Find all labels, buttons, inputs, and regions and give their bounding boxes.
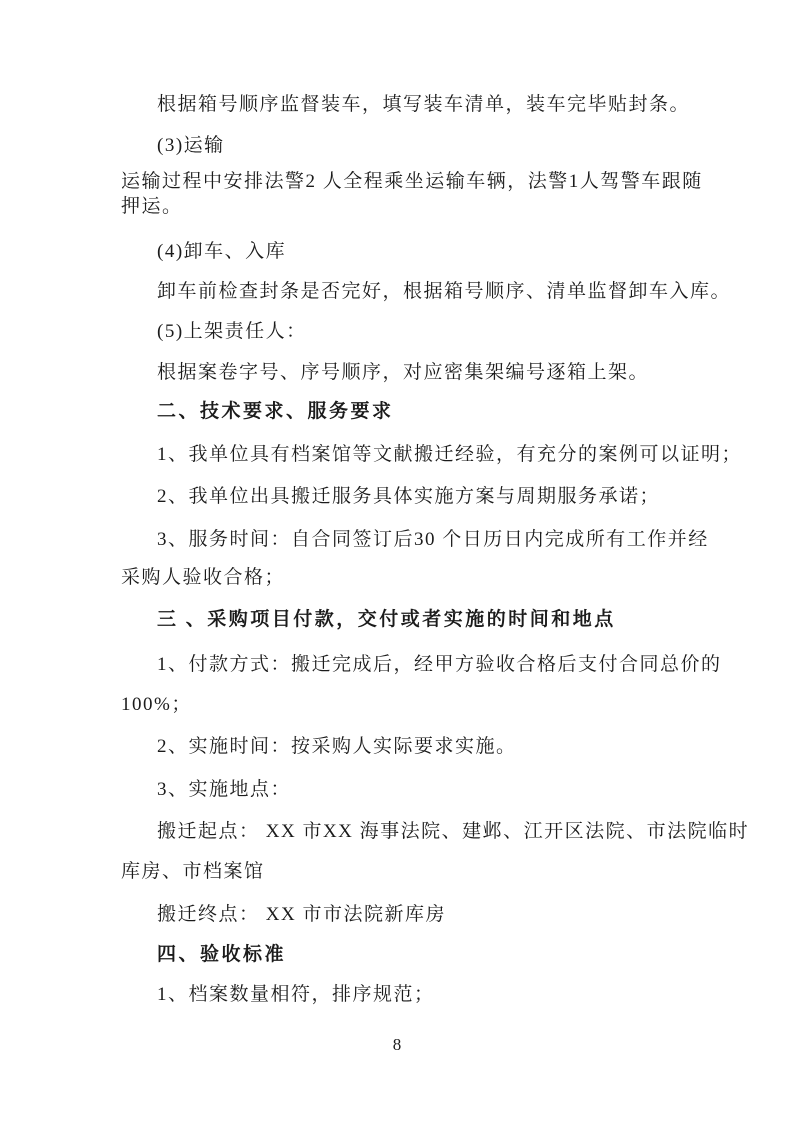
section-heading-3: 三 、采购项目付款，交付或者实施的时间和地点 (121, 610, 687, 630)
document-page: 根据箱号顺序监督装车，填写装车清单，装车完毕贴封条。 (3)运输 运输过程中安排… (0, 0, 794, 1122)
paragraph-transport-line1: 运输过程中安排法警2 人全程乘坐运输车辆，法警1人驾警车跟随 (121, 172, 687, 192)
paragraph-unload-note: 卸车前检查封条是否完好，根据箱号顺序、清单监督卸车入库。 (121, 282, 687, 302)
item-acceptance-criterion-1: 1、档案数量相符，排序规范； (121, 985, 687, 1005)
item-service-time-line1: 3、服务时间：自合同签订后30 个日历日内完成所有工作并经 (121, 530, 687, 550)
paragraph-loading-note: 根据箱号顺序监督装车，填写装车清单，装车完毕贴封条。 (121, 95, 687, 115)
section-heading-2: 二、技术要求、服务要求 (121, 402, 687, 422)
document-body: 根据箱号顺序监督装车，填写装车清单，装车完毕贴封条。 (3)运输 运输过程中安排… (121, 0, 687, 1005)
paragraph-transport-line2: 押运。 (121, 197, 687, 217)
section-heading-4: 四、验收标准 (121, 945, 687, 965)
subheading-unload-storage: (4)卸车、入库 (121, 242, 687, 262)
subheading-transport: (3)运输 (121, 136, 687, 156)
paragraph-move-origin-line1: 搬迁起点： XX 市XX 海事法院、建邺、江开区法院、市法院临时 (121, 822, 687, 842)
paragraph-move-origin-line2: 库房、市档案馆 (121, 862, 687, 882)
item-tech-requirement-2: 2、我单位出具搬迁服务具体实施方案与周期服务承诺； (121, 487, 687, 507)
item-implementation-place: 3、实施地点： (121, 780, 687, 800)
paragraph-shelving-note: 根据案卷字号、序号顺序，对应密集架编号逐箱上架。 (121, 363, 687, 383)
page-number: 8 (0, 1036, 794, 1054)
paragraph-move-destination: 搬迁终点： XX 市市法院新库房 (121, 905, 687, 925)
item-service-time-line2: 采购人验收合格； (121, 568, 687, 588)
item-payment-method-line2: 100%； (121, 695, 687, 715)
item-implementation-time: 2、实施时间：按采购人实际要求实施。 (121, 737, 687, 757)
subheading-shelving-person: (5)上架责任人： (121, 322, 687, 342)
item-payment-method-line1: 1、付款方式：搬迁完成后，经甲方验收合格后支付合同总价的 (121, 655, 687, 675)
item-tech-requirement-1: 1、我单位具有档案馆等文献搬迁经验，有充分的案例可以证明； (121, 445, 687, 465)
